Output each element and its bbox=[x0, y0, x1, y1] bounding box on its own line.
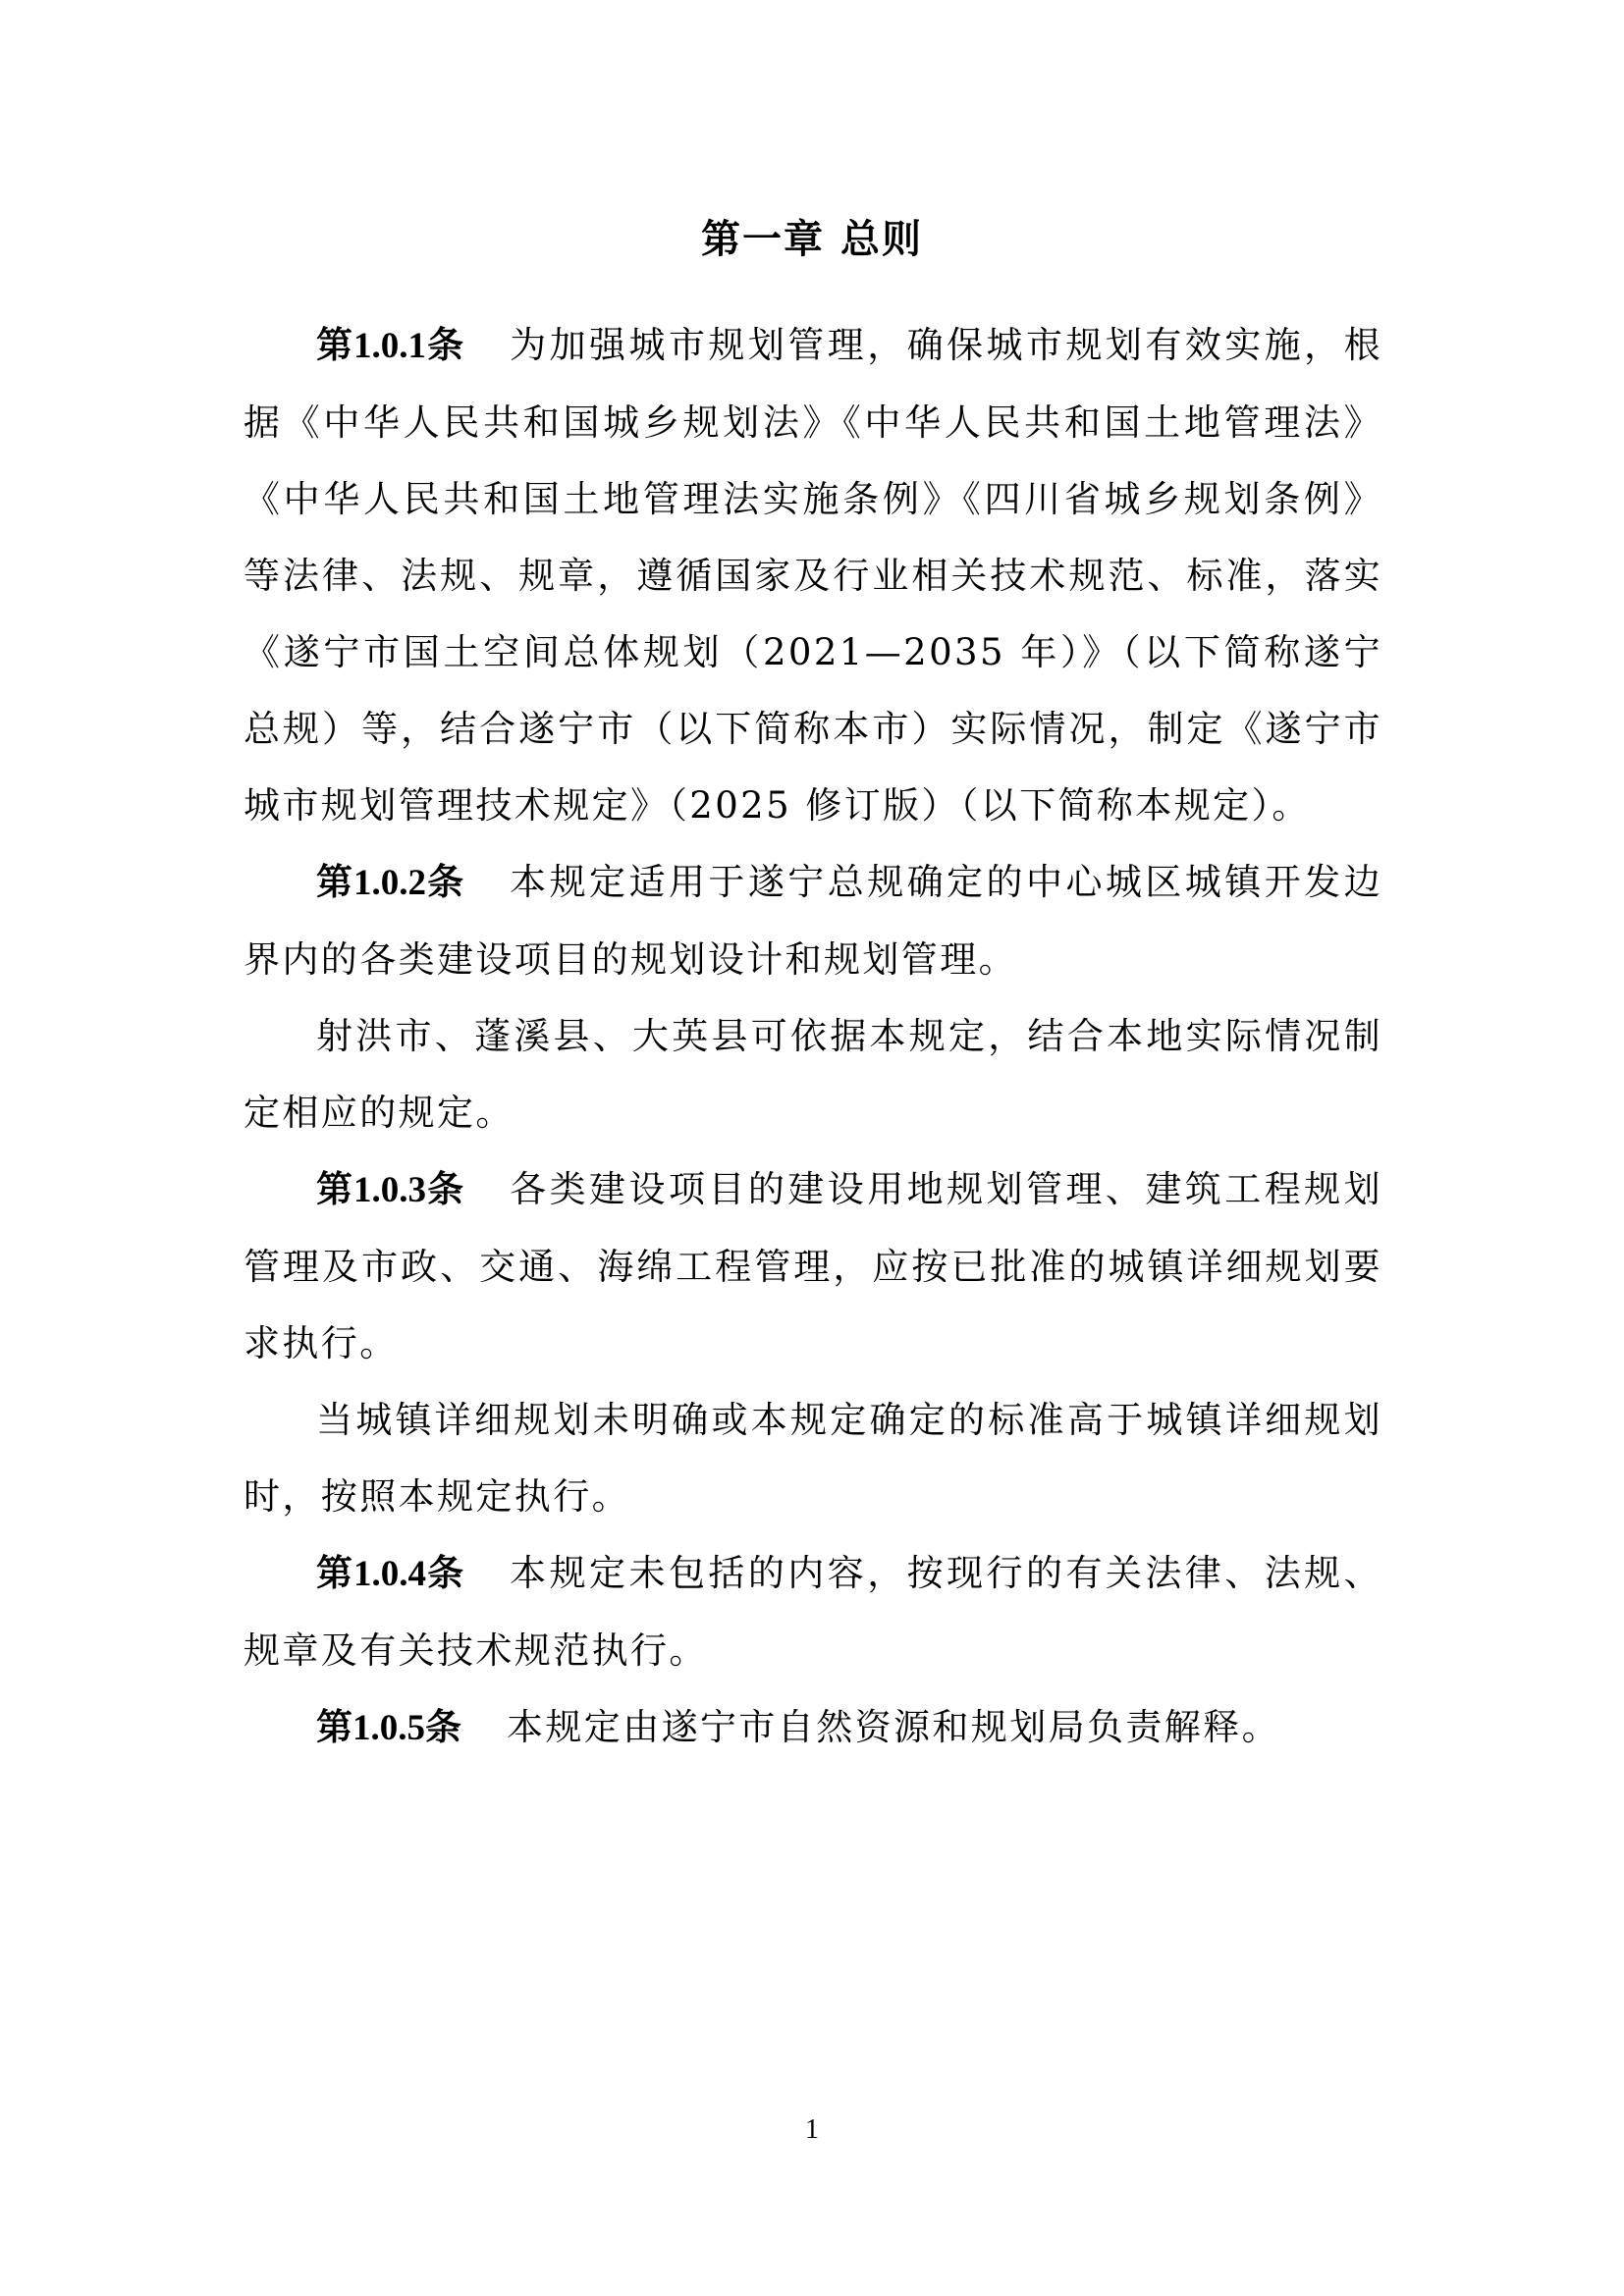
article-1-0-3-supplement: 当城镇详细规划未明确或本规定确定的标准高于城镇详细规划时，按照本规定执行。 bbox=[244, 1382, 1382, 1535]
chapter-title: 第一章 总则 bbox=[0, 210, 1624, 269]
article-1-0-5: 第1.0.5条本规定由遂宁市自然资源和规划局负责解释。 bbox=[244, 1689, 1382, 1767]
article-1-0-3: 第1.0.3条各类建设项目的建设用地规划管理、建筑工程规划管理及市政、交通、海绵… bbox=[244, 1151, 1382, 1382]
article-1-0-2-supplement: 射洪市、蓬溪县、大英县可依据本规定，结合本地实际情况制定相应的规定。 bbox=[244, 998, 1382, 1151]
paragraph-text: 当城镇详细规划未明确或本规定确定的标准高于城镇详细规划时，按照本规定执行。 bbox=[244, 1399, 1382, 1518]
article-text: 本规定由遂宁市自然资源和规划局负责解释。 bbox=[507, 1706, 1280, 1748]
article-1-0-2: 第1.0.2条本规定适用于遂宁总规确定的中心城区城镇开发边界内的各类建设项目的规… bbox=[244, 844, 1382, 998]
paragraph-text: 射洪市、蓬溪县、大英县可依据本规定，结合本地实际情况制定相应的规定。 bbox=[244, 1015, 1382, 1134]
article-text: 为加强城市规划管理，确保城市规划有效实施，根据《中华人民共和国城乡规划法》《中华… bbox=[244, 324, 1382, 827]
page-number: 1 bbox=[0, 2110, 1624, 2150]
article-number: 第1.0.5条 bbox=[316, 1708, 461, 1748]
document-body: 第1.0.1条为加强城市规划管理，确保城市规划有效实施，根据《中华人民共和国城乡… bbox=[244, 307, 1382, 1767]
article-1-0-4: 第1.0.4条本规定未包括的内容，按现行的有关法律、法规、规章及有关技术规范执行… bbox=[244, 1535, 1382, 1689]
document-page: 第一章 总则 第1.0.1条为加强城市规划管理，确保城市规划有效实施，根据《中华… bbox=[0, 0, 1624, 2296]
article-number: 第1.0.3条 bbox=[316, 1170, 464, 1210]
article-number: 第1.0.4条 bbox=[316, 1554, 464, 1594]
article-1-0-1: 第1.0.1条为加强城市规划管理，确保城市规划有效实施，根据《中华人民共和国城乡… bbox=[244, 307, 1382, 844]
article-number: 第1.0.1条 bbox=[316, 326, 464, 366]
article-number: 第1.0.2条 bbox=[316, 863, 464, 903]
